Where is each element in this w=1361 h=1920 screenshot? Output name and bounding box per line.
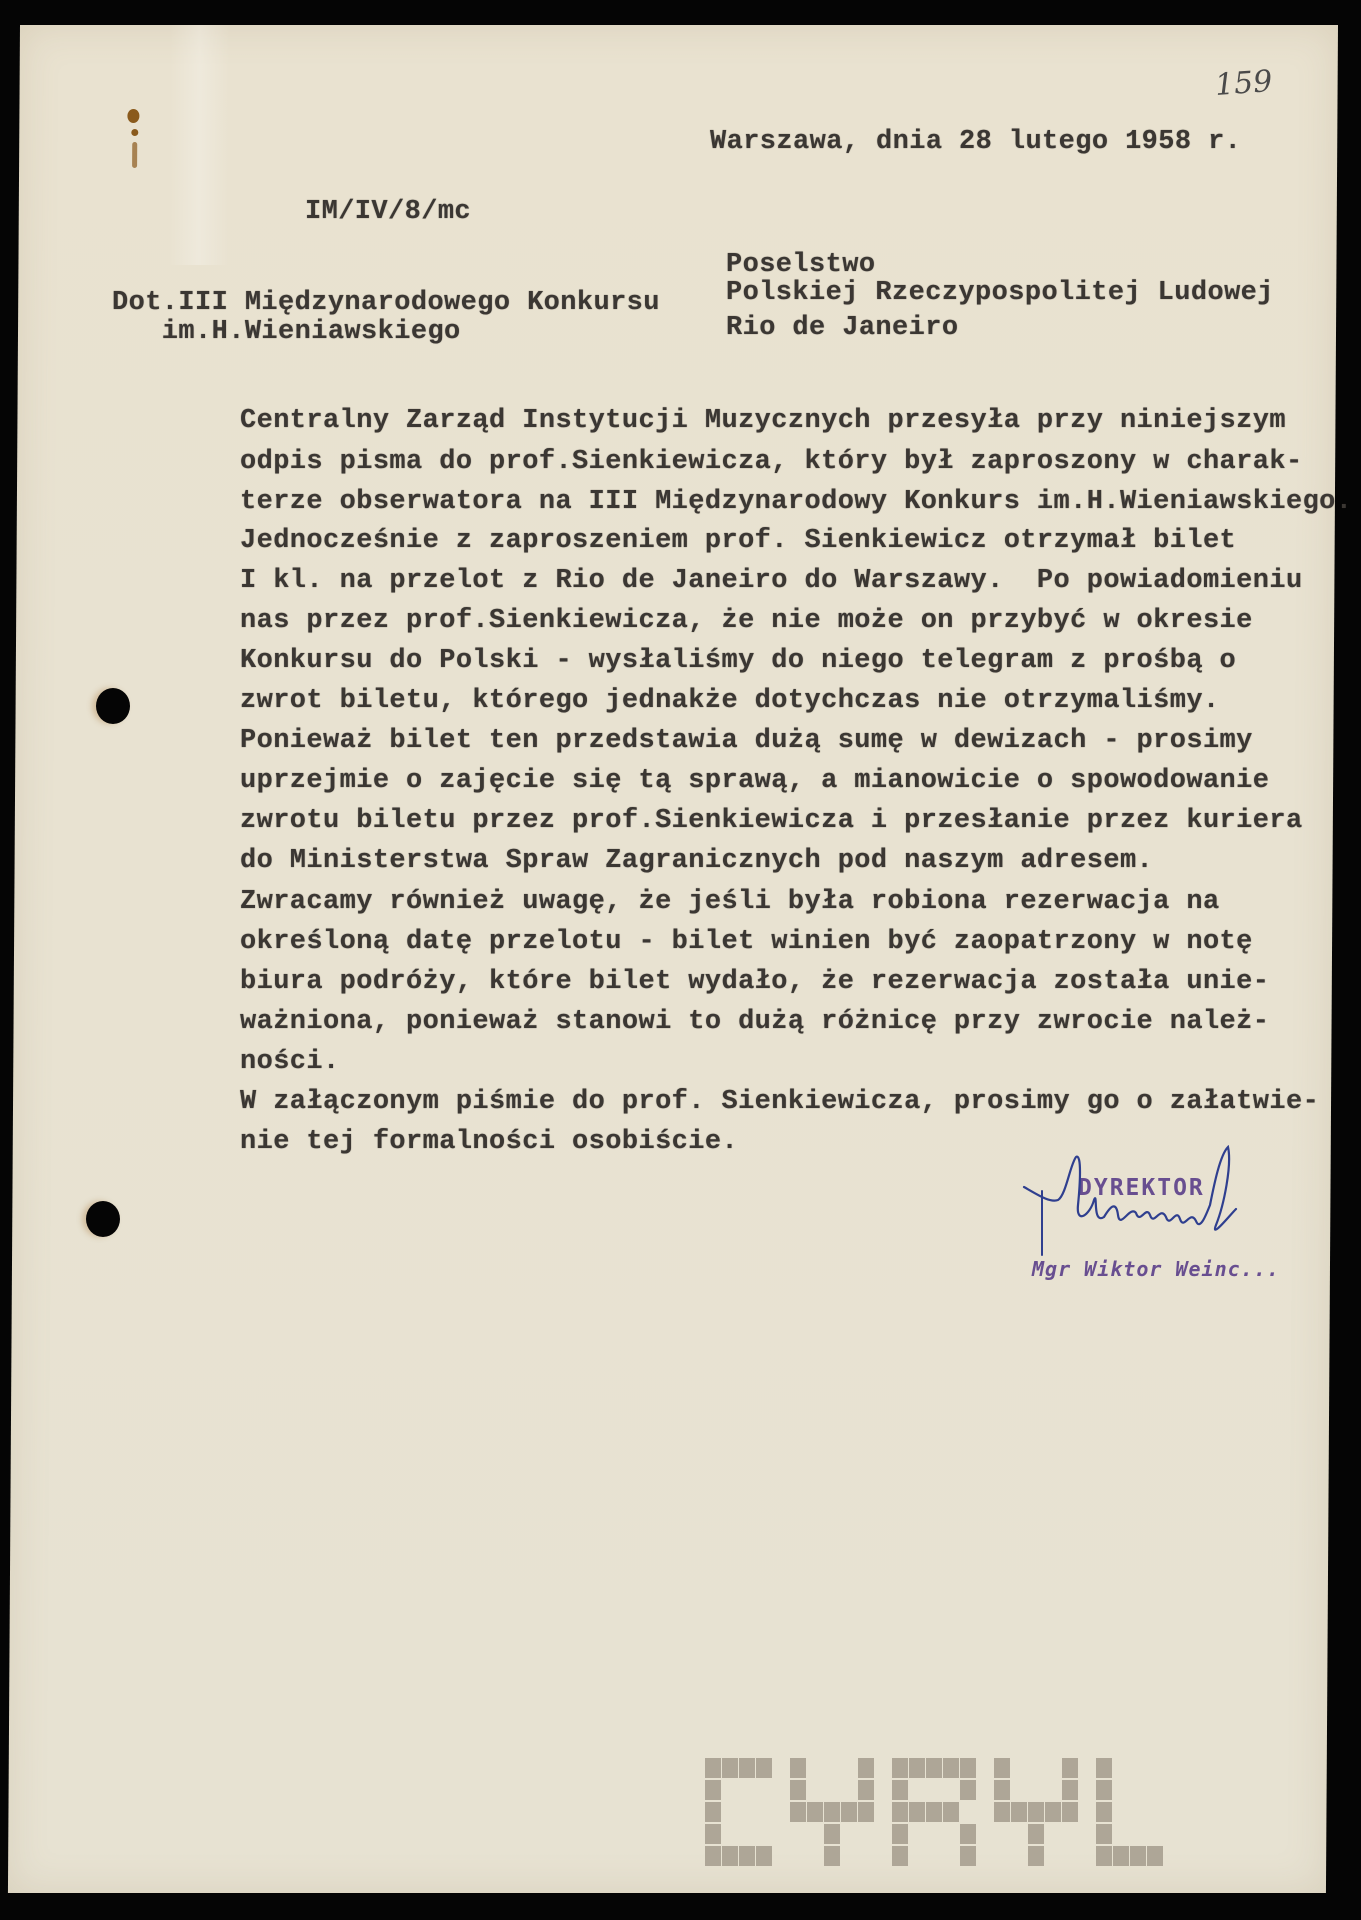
rust-stain: [132, 142, 137, 168]
punch-hole-bottom: [86, 1201, 120, 1237]
body-line: Jednocześnie z zaproszeniem prof. Sienki…: [240, 521, 1236, 561]
body-line: ważniona, ponieważ stanowi to dużą różni…: [240, 1002, 1269, 1042]
body-line: Ponieważ bilet ten przedstawia dużą sumę…: [240, 721, 1253, 761]
body-line: I kl. na przelot z Rio de Janeiro do War…: [240, 561, 1303, 601]
body-line: W załączonym piśmie do prof. Sienkiewicz…: [240, 1082, 1319, 1122]
body-line: Konkursu do Polski - wysłaliśmy do niego…: [240, 641, 1236, 681]
body-line: uprzejmie o zajęcie się tą sprawą, a mia…: [240, 761, 1269, 801]
addressee-line-2: Polskiej Rzeczypospolitej Ludowej: [726, 273, 1274, 313]
handwritten-signature: [1020, 1145, 1280, 1265]
rust-stain: [131, 129, 138, 136]
body-line: zwrotu biletu przez prof.Sienkiewicza i …: [240, 801, 1303, 841]
director-stamp-name: Mgr Wiktor Weinc...: [1032, 1257, 1280, 1281]
body-line: zwrot biletu, którego jednakże dotychcza…: [240, 681, 1220, 721]
body-line: Zwracamy również uwagę, że jeśli była ro…: [240, 882, 1220, 922]
body-line: terze obserwatora na III Międzynarodowy …: [240, 482, 1352, 522]
body-line: biura podróży, które bilet wydało, że re…: [240, 962, 1269, 1002]
body-line: do Ministerstwa Spraw Zagranicznych pod …: [240, 841, 1153, 881]
body-line: ności.: [240, 1042, 340, 1082]
subject-line-2: im.H.Wieniawskiego: [112, 312, 461, 352]
punch-hole-top: [96, 688, 130, 724]
body-line: Centralny Zarząd Instytucji Muzycznych p…: [240, 401, 1286, 441]
place-and-date: Warszawa, dnia 28 lutego 1958 r.: [710, 122, 1241, 162]
addressee-line-3: Rio de Janeiro: [726, 308, 958, 348]
paper-fold-mark: [168, 25, 230, 265]
body-line: nas przez prof.Sienkiewicza, że nie może…: [240, 601, 1253, 641]
body-line: odpis pisma do prof.Sienkiewicza, który …: [240, 442, 1303, 482]
body-line: nie tej formalności osobiście.: [240, 1122, 738, 1162]
body-line: określoną datę przelotu - bilet winien b…: [240, 922, 1253, 962]
handwritten-page-number: 159: [1214, 64, 1274, 103]
reference-number: IM/IV/8/mc: [305, 192, 471, 232]
rust-stain: [127, 109, 139, 123]
